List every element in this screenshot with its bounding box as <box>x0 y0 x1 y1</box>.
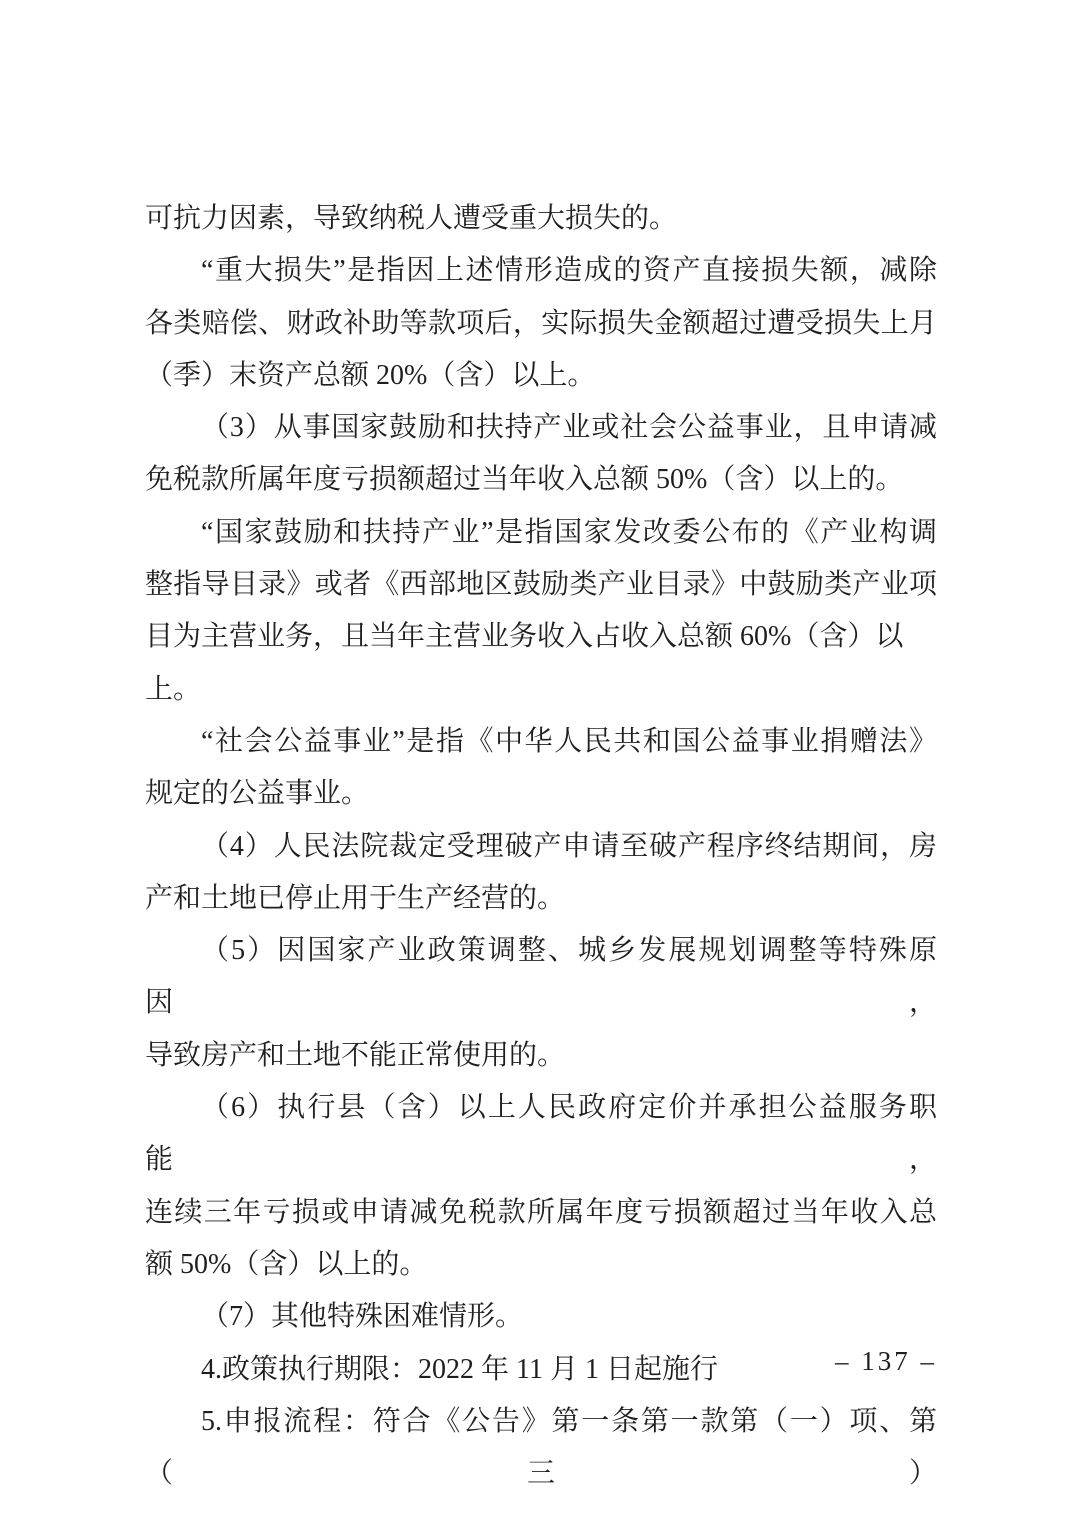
page-number: – 137 – <box>835 1344 937 1378</box>
text-line: “社会公益事业”是指《中华人民共和国公益事业捐赠法》 <box>145 716 937 768</box>
text-line: 规定的公益事业。 <box>145 768 937 820</box>
document-page: 可抗力因素，导致纳税人遭受重大损失的。“重大损失”是指因上述情形造成的资产直接损… <box>0 0 1074 1520</box>
text-line: 额 50%（含）以上的。 <box>145 1239 937 1291</box>
text-line: 4.政策执行期限：2022 年 11 月 1 日起施行 <box>145 1344 937 1396</box>
text-line: （5）因国家产业政策调整、城乡发展规划调整等特殊原因， <box>145 925 937 1030</box>
text-line: 5.申报流程：符合《公告》第一条第一款第（一）项、第（三） <box>145 1396 937 1501</box>
text-line: 各类赔偿、财政补助等款项后，实际损失金额超过遭受损失上月 <box>145 298 937 350</box>
text-line: 目为主营业务，且当年主营业务收入占收入总额 60%（含）以上。 <box>145 611 937 716</box>
document-body: 可抗力因素，导致纳税人遭受重大损失的。“重大损失”是指因上述情形造成的资产直接损… <box>145 193 937 1500</box>
text-line: “国家鼓励和扶持产业”是指国家发改委公布的《产业构调 <box>145 507 937 559</box>
text-line: （季）末资产总额 20%（含）以上。 <box>145 350 937 402</box>
text-line: （4）人民法院裁定受理破产申请至破产程序终结期间，房 <box>145 821 937 873</box>
text-line: 免税款所属年度亏损额超过当年收入总额 50%（含）以上的。 <box>145 454 937 506</box>
text-line: 可抗力因素，导致纳税人遭受重大损失的。 <box>145 193 937 245</box>
text-line: （3）从事国家鼓励和扶持产业或社会公益事业，且申请减 <box>145 402 937 454</box>
text-line: “重大损失”是指因上述情形造成的资产直接损失额，减除 <box>145 245 937 297</box>
text-line: 产和土地已停止用于生产经营的。 <box>145 873 937 925</box>
text-line: （6）执行县（含）以上人民政府定价并承担公益服务职能， <box>145 1082 937 1187</box>
text-line: 整指导目录》或者《西部地区鼓励类产业目录》中鼓励类产业项 <box>145 559 937 611</box>
text-line: 连续三年亏损或申请减免税款所属年度亏损额超过当年收入总 <box>145 1187 937 1239</box>
text-line: （7）其他特殊困难情形。 <box>145 1291 937 1343</box>
text-line: 导致房产和土地不能正常使用的。 <box>145 1030 937 1082</box>
